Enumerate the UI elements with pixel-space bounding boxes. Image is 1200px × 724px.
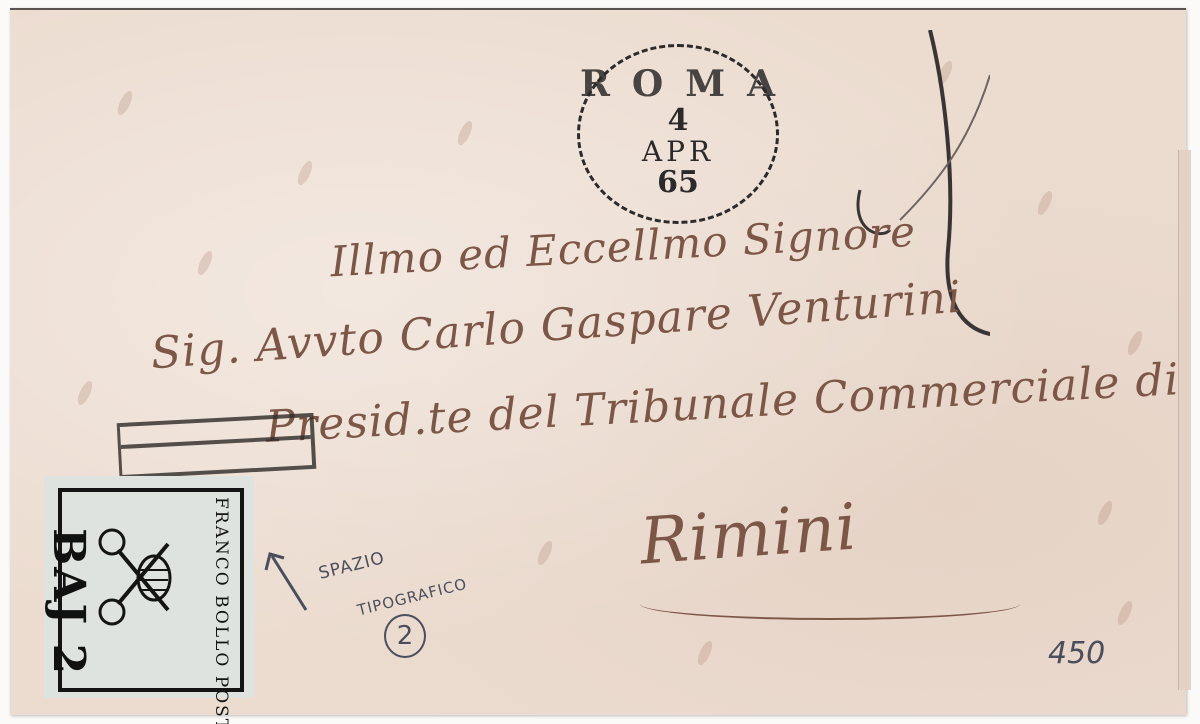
pencil-arrow-icon [262,548,322,618]
city-underline-flourish [640,588,1020,620]
postmark-month: APR [580,135,776,168]
postmark-city: ROMA [580,63,776,105]
stamp-legend: FRANCO BOLLO POSTALE [211,497,231,667]
crossed-keys-tiara-icon [88,520,188,630]
roma-postmark: ROMA 4 APR 65 [577,44,779,224]
pencil-price-note: 450 [1048,636,1105,671]
cover-fold-edge [1178,150,1191,690]
postmark-year: 65 [580,165,776,200]
circled-reference-number: 2 [384,614,426,658]
address-city: Rimini [638,491,860,580]
postmark-day: 4 [580,103,776,138]
bar-cancellation [117,413,317,479]
stamp-value: BAJ 2 [43,528,94,676]
papal-states-stamp: BAJ 2 FRANCO BOLLO POSTALE [44,476,254,698]
